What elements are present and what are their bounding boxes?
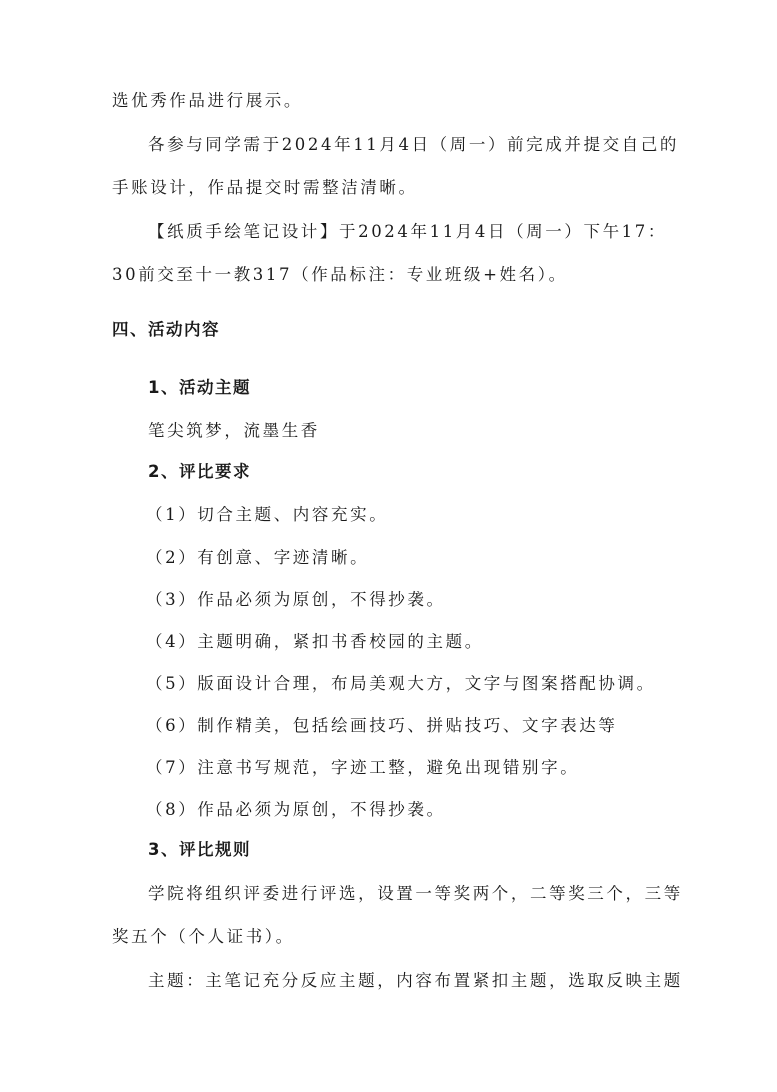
requirement-item: （1）切合主题、内容充实。 <box>146 505 388 525</box>
paragraph-line: 30前交至十一教317（作品标注：专业班级+姓名）。 <box>112 265 568 285</box>
paragraph-line: 各参与同学需于2024年11月4日（周一）前完成并提交自己的 <box>148 135 664 155</box>
paragraph-line: 学院将组织评委进行评选，设置一等奖两个，二等奖三个，三等 <box>148 884 664 904</box>
requirement-item: （6）制作精美，包括绘画技巧、拼贴技巧、文字表达等 <box>146 716 618 736</box>
requirement-item: （3）作品必须为原创，不得抄袭。 <box>146 590 446 610</box>
paragraph-line: 选优秀作品进行展示。 <box>112 91 303 111</box>
requirement-item: （8）作品必须为原创，不得抄袭。 <box>146 800 446 820</box>
requirement-item: （4）主题明确，紧扣书香校园的主题。 <box>146 632 484 652</box>
requirement-item: （5）版面设计合理，布局美观大方，文字与图案搭配协调。 <box>146 674 656 694</box>
section-heading: 四、活动内容 <box>112 320 220 340</box>
subsection-heading: 3、评比规则 <box>148 840 251 860</box>
theme-text: 笔尖筑梦，流墨生香 <box>148 421 320 441</box>
subsection-heading: 2、评比要求 <box>148 462 251 482</box>
paragraph-line: 主题：主笔记充分反应主题，内容布置紧扣主题，选取反映主题 <box>148 971 664 991</box>
subsection-heading: 1、活动主题 <box>148 378 251 398</box>
paragraph-line: 【纸质手绘笔记设计】于2024年11月4日（周一）下午17： <box>148 222 664 242</box>
requirement-item: （2）有创意、字迹清晰。 <box>146 548 369 568</box>
paragraph-line: 奖五个（个人证书）。 <box>112 927 295 947</box>
paragraph-line: 手账设计，作品提交时需整洁清晰。 <box>112 178 418 198</box>
requirement-item: （7）注意书写规范，字迹工整，避免出现错别字。 <box>146 758 579 778</box>
